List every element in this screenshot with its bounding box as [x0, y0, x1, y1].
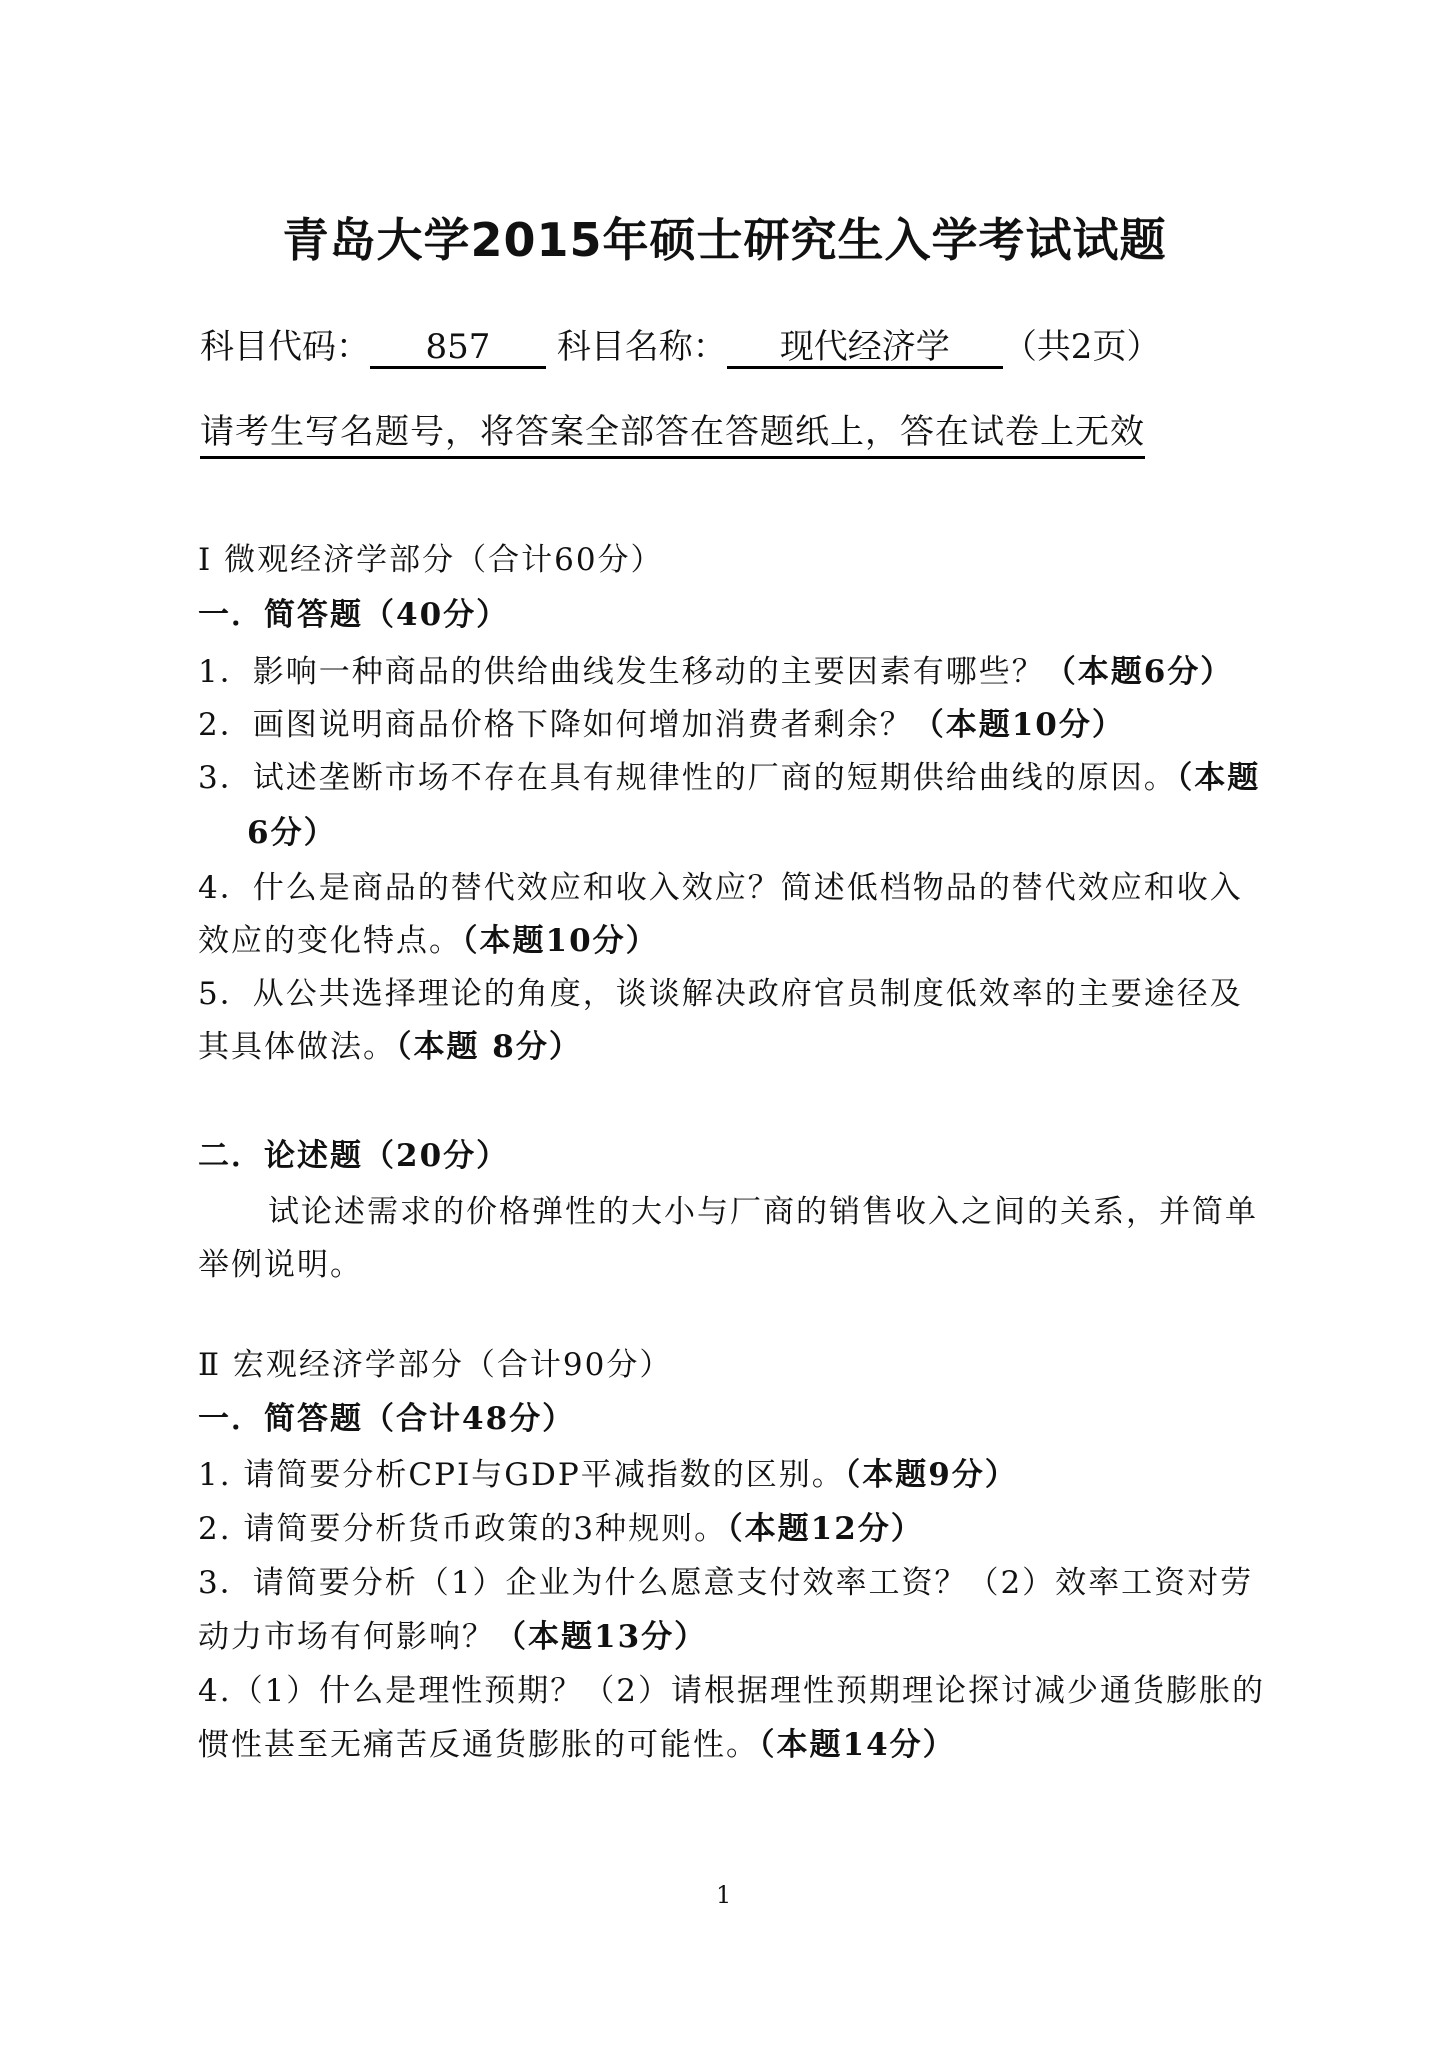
- question-item-continued: 其具体做法。（本题 8分）: [198, 1027, 582, 1067]
- question-item: 3．请简要分析（1）企业为什么愿意支付效率工资？（2）效率工资对劳: [198, 1563, 1253, 1603]
- question-text: 惯性甚至无痛苦反通货膨胀的可能性。: [198, 1727, 759, 1763]
- part1-section2-heading: 二．论述题（20分）: [198, 1136, 509, 1176]
- subject-code-label: 科目代码：: [200, 327, 370, 367]
- question-item: 3．试述垄断市场不存在具有规律性的厂商的短期供给曲线的原因。（本题: [198, 758, 1260, 798]
- answer-instructions: 请考生写名题号，将答案全部答在答题纸上，答在试卷上无效: [200, 410, 1145, 459]
- question-item: 1. 请简要分析CPI与GDP平减指数的区别。（本题9分）: [198, 1455, 1018, 1495]
- question-text: 其具体做法。: [198, 1029, 396, 1065]
- page-count: （共2页）: [1003, 327, 1161, 367]
- page-number: 1: [716, 1880, 731, 1910]
- question-text: 2．画图说明商品价格下降如何增加消费者剩余？: [198, 707, 913, 743]
- question-text: 1. 请简要分析CPI与GDP平减指数的区别。: [198, 1457, 845, 1493]
- part2-heading: Ⅱ 宏观经济学部分（合计90分）: [198, 1345, 672, 1385]
- question-score: （本题13分）: [495, 1619, 707, 1655]
- question-item-continued: 效应的变化特点。（本题10分）: [198, 921, 659, 961]
- question-score: （本题 8分）: [396, 1029, 582, 1065]
- question-text: 动力市场有何影响？: [198, 1619, 495, 1655]
- subject-code-value: 857: [370, 328, 546, 369]
- question-item: 4．什么是商品的替代效应和收入效应？简述低档物品的替代效应和收入: [198, 868, 1243, 908]
- part1-heading: Ⅰ 微观经济学部分（合计60分）: [198, 540, 664, 580]
- essay-question-line1: 试论述需求的价格弹性的大小与厂商的销售收入之间的关系，并简单: [268, 1192, 1258, 1232]
- question-item: 4.（1）什么是理性预期？（2）请根据理性预期理论探讨减少通货膨胀的: [198, 1671, 1265, 1711]
- question-text: 1．影响一种商品的供给曲线发生移动的主要因素有哪些？: [198, 654, 1045, 690]
- question-score: （本题9分）: [845, 1457, 1018, 1493]
- question-score: （本题: [1177, 760, 1261, 796]
- question-score: （本题6分）: [1045, 654, 1234, 690]
- question-score-continued: 6分）: [247, 813, 337, 853]
- part2-section1-heading: 一．简答题（合计48分）: [198, 1399, 575, 1439]
- subject-name-value: 现代经济学: [727, 328, 1003, 369]
- question-item-continued: 惯性甚至无痛苦反通货膨胀的可能性。（本题14分）: [198, 1725, 956, 1765]
- question-text: 3．试述垄断市场不存在具有规律性的厂商的短期供给曲线的原因。: [198, 760, 1177, 796]
- question-item: 2. 请简要分析货币政策的3种规则。（本题12分）: [198, 1509, 924, 1549]
- essay-question-line2: 举例说明。: [198, 1245, 363, 1285]
- subject-info-row: 科目代码：857 科目名称：现代经济学（共2页）: [200, 325, 1160, 369]
- subject-name-label: 科目名称：: [557, 327, 727, 367]
- question-score: （本题10分）: [462, 923, 659, 959]
- question-text: 2. 请简要分析货币政策的3种规则。: [198, 1511, 727, 1547]
- question-score: （本题14分）: [759, 1727, 956, 1763]
- question-item: 2．画图说明商品价格下降如何增加消费者剩余？（本题10分）: [198, 705, 1125, 745]
- exam-title: 青岛大学2015年硕士研究生入学考试试题: [0, 212, 1449, 268]
- question-item: 1．影响一种商品的供给曲线发生移动的主要因素有哪些？（本题6分）: [198, 652, 1233, 692]
- part1-section1-heading: 一．简答题（40分）: [198, 595, 509, 635]
- question-item: 5．从公共选择理论的角度，谈谈解决政府官员制度低效率的主要途径及: [198, 974, 1243, 1014]
- question-text: 效应的变化特点。: [198, 923, 462, 959]
- question-score: （本题10分）: [913, 707, 1125, 743]
- question-item-continued: 动力市场有何影响？（本题13分）: [198, 1617, 707, 1657]
- question-score: （本题12分）: [727, 1511, 924, 1547]
